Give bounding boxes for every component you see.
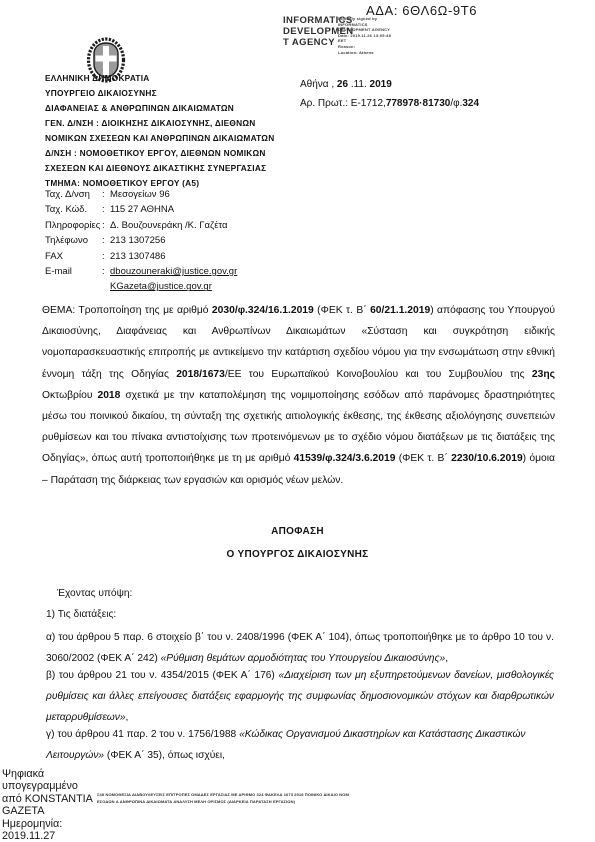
provision-item-a: α) του άρθρου 5 παρ. 6 στοιχείο β΄ του ν… [46, 627, 554, 669]
contact-value: 213 1307256 [110, 235, 165, 246]
contact-value: 115 27 ΑΘΗΝΑ [110, 204, 174, 215]
contact-label: FAX [45, 249, 102, 264]
signature-text: Ψηφιακάυπογεγραμμένοαπό KONSTANTIAGAZETA… [2, 768, 93, 842]
having-regard-text: Έχοντας υπόψη: [57, 588, 132, 599]
contact-row-phone: Τηλέφωνο:213 1307256 [45, 233, 307, 248]
contact-label: Πληροφορίες [45, 218, 102, 233]
subject-paragraph: ΘΕΜΑ: Τροποποίηση της με αριθμό 2030/φ.3… [42, 300, 555, 491]
place-date: Αθήνα , 26 .11. 2019 [300, 76, 479, 95]
contact-row-fax: FAX:213 1307486 [45, 249, 307, 264]
contact-row-postcode: Ταχ. Κώδ.:115 27 ΑΘΗΝΑ [45, 202, 307, 217]
contact-row-address: Ταχ. Δ/νση:Μεσογείων 96 [45, 187, 307, 202]
contact-value: Μεσογείων 96 [110, 189, 170, 200]
document-page: ΑΔΑ: 6ΘΛ6Ω-9Τ6 INFORMATICSDEVELOPMENT AG… [0, 0, 595, 842]
provision-item-c: γ) του άρθρου 41 παρ. 2 του ν. 1756/1988… [46, 724, 554, 766]
contact-label: Ταχ. Κώδ. [45, 202, 102, 217]
contact-row-email-2: KGazeta@justice.gov.gr [45, 279, 307, 294]
contact-row-information: Πληροφορίες:Δ. Βουζουνεράκη /Κ. Γαζέτα [45, 218, 307, 233]
issuing-authority: ΕΛΛΗΝΙΚΗ ΔΗΜΟΚΡΑΤΙΑΥΠΟΥΡΓΕΙΟ ΔΙΚΑΙΟΣΥΝΗΣ… [45, 71, 307, 191]
contact-label: E-mail [45, 264, 102, 279]
protocol-label: Αρ. Πρωτ.: [300, 98, 351, 109]
protocol-number: Αρ. Πρωτ.: Ε-1712,778978·81730/φ.324 [300, 95, 479, 114]
email-link-2[interactable]: KGazeta@justice.gov.gr [110, 281, 212, 292]
contact-row-email: E-mail:dbouzouneraki@justice.gov.gr [45, 264, 307, 279]
contact-value: Δ. Βουζουνεράκη /Κ. Γαζέτα [110, 220, 228, 231]
provisions-intro: 1) Τις διατάξεις: [46, 609, 116, 620]
micro-stamp-text: Σ4ΙΙ ΝΟΜΟΘΕΣΙΑ ΔΙΑΒΟΥΛΕΥΣΕΙΣ ΕΠΙΤΡΟΠΕΣ Ο… [97, 791, 349, 805]
email-link-1[interactable]: dbouzouneraki@justice.gov.gr [110, 266, 237, 277]
reference-block: Αθήνα , 26 .11. 2019 Αρ. Πρωτ.: Ε-1712,7… [300, 76, 479, 113]
protocol-value: Ε-1712,778978·81730/φ.324 [351, 98, 479, 109]
provision-item-b: β) του άρθρου 21 του ν. 4354/2015 (ΦΕΚ Α… [46, 665, 554, 729]
contact-value: 213 1307486 [110, 251, 165, 262]
stamp-agency-name: INFORMATICSDEVELOPMENT AGENCY [283, 15, 341, 48]
stamp-signature-details: Digitally signed byINFORMATICSDEVELOPMEN… [338, 16, 418, 55]
contact-label: Τηλέφωνο [45, 233, 102, 248]
decision-heading: ΑΠΟΦΑΣΗ [0, 526, 595, 537]
minister-heading: Ο ΥΠΟΥΡΓΟΣ ΔΙΚΑΙΟΣΥΝΗΣ [0, 549, 595, 560]
contact-label: Ταχ. Δ/νση [45, 187, 102, 202]
contact-details: Ταχ. Δ/νση:Μεσογείων 96 Ταχ. Κώδ.:115 27… [45, 187, 307, 295]
